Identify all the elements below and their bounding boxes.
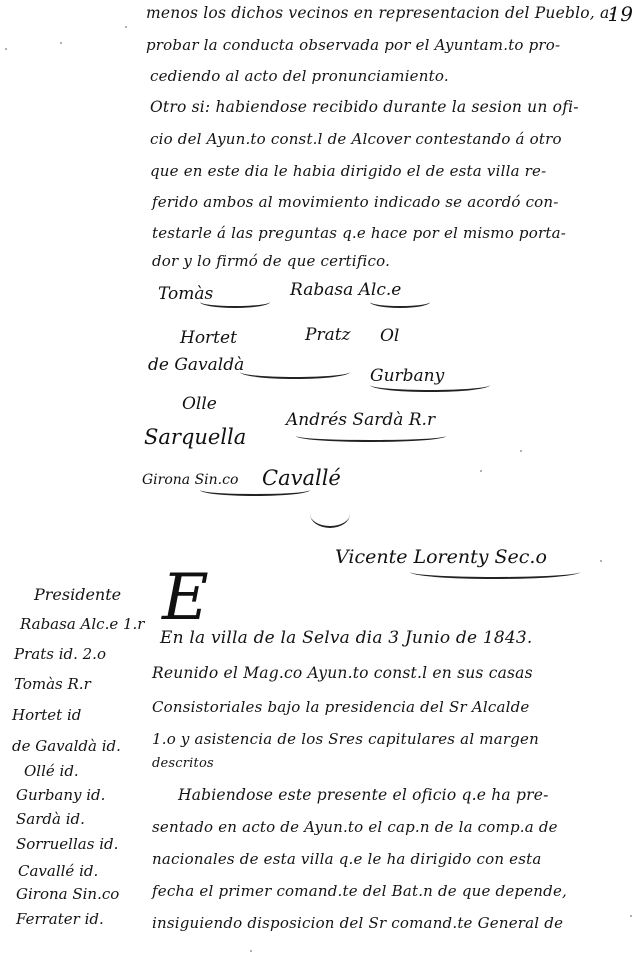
signature-flourish bbox=[240, 365, 350, 379]
scan-speck bbox=[125, 26, 127, 28]
margin-entry: Girona Sin.co bbox=[16, 885, 119, 903]
signature-flourish bbox=[200, 296, 270, 308]
margin-entry: Rabasa Alc.e 1.r bbox=[20, 615, 144, 633]
text-line: probar la conducta observada por el Ayun… bbox=[146, 36, 560, 54]
signature-flourish bbox=[296, 430, 446, 442]
signature: Ol bbox=[380, 326, 399, 346]
signature: Pratz bbox=[305, 325, 351, 345]
margin-entry: Ferrater id. bbox=[16, 910, 104, 928]
signature: Olle bbox=[182, 394, 217, 414]
text-line: Otro si: habiendose recibido durante la … bbox=[150, 98, 579, 116]
text-line: que en este dia le habia dirigido el de … bbox=[150, 162, 546, 180]
scan-speck bbox=[520, 450, 522, 452]
text-line: dor y lo firmó de que certifico. bbox=[152, 252, 390, 270]
text-line: cio del Ayun.to const.l de Alcover conte… bbox=[150, 130, 562, 148]
text-line: menos los dichos vecinos en representaci… bbox=[146, 4, 615, 22]
signature: de Gavaldà bbox=[148, 355, 244, 375]
margin-entry: Sorruellas id. bbox=[16, 835, 118, 853]
margin-heading: Presidente bbox=[34, 585, 121, 604]
text-line: ferido ambos al movimiento indicado se a… bbox=[152, 193, 559, 211]
signature: Sarquella bbox=[144, 425, 246, 449]
signature-flourish bbox=[370, 296, 430, 308]
text-line: Reunido el Mag.co Ayun.to const.l en sus… bbox=[152, 664, 533, 682]
text-line: insiguiendo disposicion del Sr comand.te… bbox=[152, 914, 563, 932]
margin-entry: Ollé id. bbox=[24, 762, 79, 780]
scan-speck bbox=[5, 48, 7, 50]
scan-speck bbox=[60, 42, 62, 44]
margin-entry: de Gavaldà id. bbox=[12, 737, 121, 755]
text-line: Habiendose este presente el oficio q.e h… bbox=[178, 786, 549, 804]
margin-entry: Cavallé id. bbox=[18, 862, 98, 880]
signature: Andrés Sardà R.r bbox=[286, 410, 435, 430]
text-line: fecha el primer comand.te del Bat.n de q… bbox=[152, 882, 567, 900]
signature-flourish bbox=[310, 500, 350, 528]
scan-speck bbox=[630, 915, 632, 917]
margin-entry: Hortet id bbox=[12, 706, 81, 724]
margin-entry: Prats id. 2.o bbox=[14, 645, 106, 663]
decorative-initial: E bbox=[162, 566, 209, 630]
text-line: sentado en acto de Ayun.to el cap.n de l… bbox=[152, 818, 558, 836]
text-line: descritos bbox=[152, 756, 214, 771]
text-line: En la villa de la Selva dia 3 Junio de 1… bbox=[160, 628, 532, 648]
signature: Hortet bbox=[180, 328, 237, 348]
signature-flourish bbox=[200, 484, 310, 496]
scan-speck bbox=[600, 560, 602, 562]
text-line: nacionales de esta villa q.e le ha dirig… bbox=[152, 850, 542, 868]
text-line: testarle á las preguntas q.e hace por el… bbox=[152, 224, 566, 242]
manuscript-page: 19 menos los dichos vecinos en represent… bbox=[0, 0, 639, 967]
signature-flourish bbox=[410, 565, 580, 579]
text-line: Consistoriales bajo la presidencia del S… bbox=[152, 698, 529, 716]
scan-speck bbox=[480, 470, 482, 472]
margin-entry: Tomàs R.r bbox=[14, 675, 91, 693]
scan-speck bbox=[250, 950, 252, 952]
margin-entry: Sardà id. bbox=[16, 810, 85, 828]
margin-entry: Gurbany id. bbox=[16, 786, 105, 804]
signature-flourish bbox=[370, 378, 490, 392]
text-line: 1.o y asistencia de los Sres capitulares… bbox=[152, 730, 539, 748]
text-line: cediendo al acto del pronunciamiento. bbox=[150, 67, 449, 85]
